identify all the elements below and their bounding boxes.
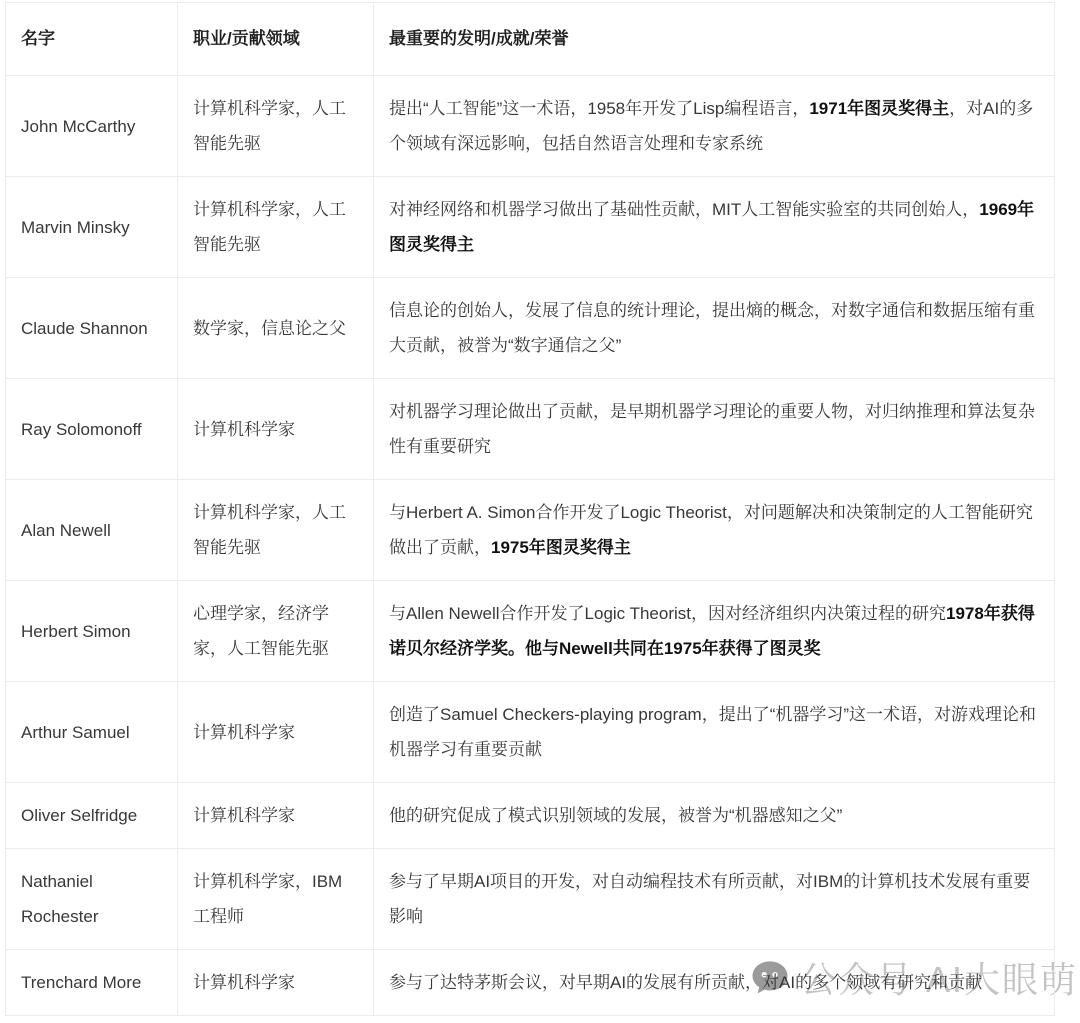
table-row: John McCarthy计算机科学家，人工智能先驱提出“人工智能”这一术语，1…: [6, 76, 1055, 177]
table-row: Claude Shannon数学家，信息论之父信息论的创始人，发展了信息的统计理…: [6, 278, 1055, 379]
name-cell: Marvin Minsky: [6, 177, 178, 278]
profession-cell: 数学家，信息论之父: [178, 278, 374, 379]
col-header-profession: 职业/贡献领域: [178, 3, 374, 76]
achievement-cell: 对机器学习理论做出了贡献，是早期机器学习理论的重要人物，对归纳推理和算法复杂性有…: [374, 379, 1055, 480]
table-row: Ray Solomonoff计算机科学家对机器学习理论做出了贡献，是早期机器学习…: [6, 379, 1055, 480]
achievement-cell: 他的研究促成了模式识别领域的发展，被誉为“机器感知之父”: [374, 783, 1055, 849]
name-cell: Nathaniel Rochester: [6, 849, 178, 950]
profession-cell: 计算机科学家: [178, 379, 374, 480]
profession-cell: 计算机科学家: [178, 950, 374, 1016]
name-cell: Claude Shannon: [6, 278, 178, 379]
achievement-text: 信息论的创始人，发展了信息的统计理论，提出熵的概念，对数字通信和数据压缩有重大贡…: [389, 301, 1035, 355]
achievement-highlight: 1971年图灵奖得主: [809, 99, 949, 118]
name-cell: Herbert Simon: [6, 581, 178, 682]
profession-cell: 计算机科学家: [178, 682, 374, 783]
profession-cell: 计算机科学家，IBM工程师: [178, 849, 374, 950]
col-header-achievement: 最重要的发明/成就/荣誉: [374, 3, 1055, 76]
achievement-cell: 对神经网络和机器学习做出了基础性贡献，MIT人工智能实验室的共同创始人，1969…: [374, 177, 1055, 278]
achievement-cell: 提出“人工智能”这一术语，1958年开发了Lisp编程语言，1971年图灵奖得主…: [374, 76, 1055, 177]
achievement-cell: 与Allen Newell合作开发了Logic Theorist，因对经济组织内…: [374, 581, 1055, 682]
ai-pioneers-table-grid: 名字 职业/贡献领域 最重要的发明/成就/荣誉 John McCarthy计算机…: [5, 2, 1055, 1016]
table-row: Arthur Samuel计算机科学家创造了Samuel Checkers-pl…: [6, 682, 1055, 783]
achievement-text: 创造了Samuel Checkers-playing program，提出了“机…: [389, 705, 1036, 759]
achievement-cell: 与Herbert A. Simon合作开发了Logic Theorist，对问题…: [374, 480, 1055, 581]
achievement-cell: 信息论的创始人，发展了信息的统计理论，提出熵的概念，对数字通信和数据压缩有重大贡…: [374, 278, 1055, 379]
profession-cell: 计算机科学家: [178, 783, 374, 849]
name-cell: Arthur Samuel: [6, 682, 178, 783]
profession-cell: 计算机科学家，人工智能先驱: [178, 177, 374, 278]
table-row: Alan Newell计算机科学家，人工智能先驱与Herbert A. Simo…: [6, 480, 1055, 581]
name-cell: Oliver Selfridge: [6, 783, 178, 849]
table-row: Trenchard More计算机科学家参与了达特茅斯会议，对早期AI的发展有所…: [6, 950, 1055, 1016]
table-header-row: 名字 职业/贡献领域 最重要的发明/成就/荣誉: [6, 3, 1055, 76]
table-row: Marvin Minsky计算机科学家，人工智能先驱对神经网络和机器学习做出了基…: [6, 177, 1055, 278]
achievement-cell: 参与了达特茅斯会议，对早期AI的发展有所贡献，对AI的多个领域有研究和贡献: [374, 950, 1055, 1016]
achievement-cell: 创造了Samuel Checkers-playing program，提出了“机…: [374, 682, 1055, 783]
achievement-text: 参与了达特茅斯会议，对早期AI的发展有所贡献，对AI的多个领域有研究和贡献: [389, 973, 982, 992]
achievement-text: 参与了早期AI项目的开发，对自动编程技术有所贡献，对IBM的计算机技术发展有重要…: [389, 872, 1030, 926]
name-cell: John McCarthy: [6, 76, 178, 177]
achievement-text: 与Herbert A. Simon合作开发了Logic Theorist，对问题…: [389, 503, 1033, 557]
table-row: Oliver Selfridge计算机科学家他的研究促成了模式识别领域的发展，被…: [6, 783, 1055, 849]
achievement-text: 提出“人工智能”这一术语，1958年开发了Lisp编程语言，: [389, 99, 809, 118]
col-header-name: 名字: [6, 3, 178, 76]
profession-cell: 计算机科学家，人工智能先驱: [178, 76, 374, 177]
achievement-cell: 参与了早期AI项目的开发，对自动编程技术有所贡献，对IBM的计算机技术发展有重要…: [374, 849, 1055, 950]
achievement-highlight: 1975年图灵奖得主: [491, 538, 631, 557]
profession-cell: 心理学家，经济学家，人工智能先驱: [178, 581, 374, 682]
achievement-text: 他的研究促成了模式识别领域的发展，被誉为“机器感知之父”: [389, 806, 842, 825]
achievement-text: 对机器学习理论做出了贡献，是早期机器学习理论的重要人物，对归纳推理和算法复杂性有…: [389, 402, 1035, 456]
ai-pioneers-table: 名字 职业/贡献领域 最重要的发明/成就/荣誉 John McCarthy计算机…: [5, 2, 1054, 1016]
table-row: Nathaniel Rochester计算机科学家，IBM工程师参与了早期AI项…: [6, 849, 1055, 950]
name-cell: Trenchard More: [6, 950, 178, 1016]
profession-cell: 计算机科学家，人工智能先驱: [178, 480, 374, 581]
achievement-text: 与Allen Newell合作开发了Logic Theorist，因对经济组织内…: [389, 604, 946, 623]
name-cell: Ray Solomonoff: [6, 379, 178, 480]
achievement-text: 对神经网络和机器学习做出了基础性贡献，MIT人工智能实验室的共同创始人，: [389, 200, 979, 219]
table-row: Herbert Simon心理学家，经济学家，人工智能先驱与Allen Newe…: [6, 581, 1055, 682]
name-cell: Alan Newell: [6, 480, 178, 581]
